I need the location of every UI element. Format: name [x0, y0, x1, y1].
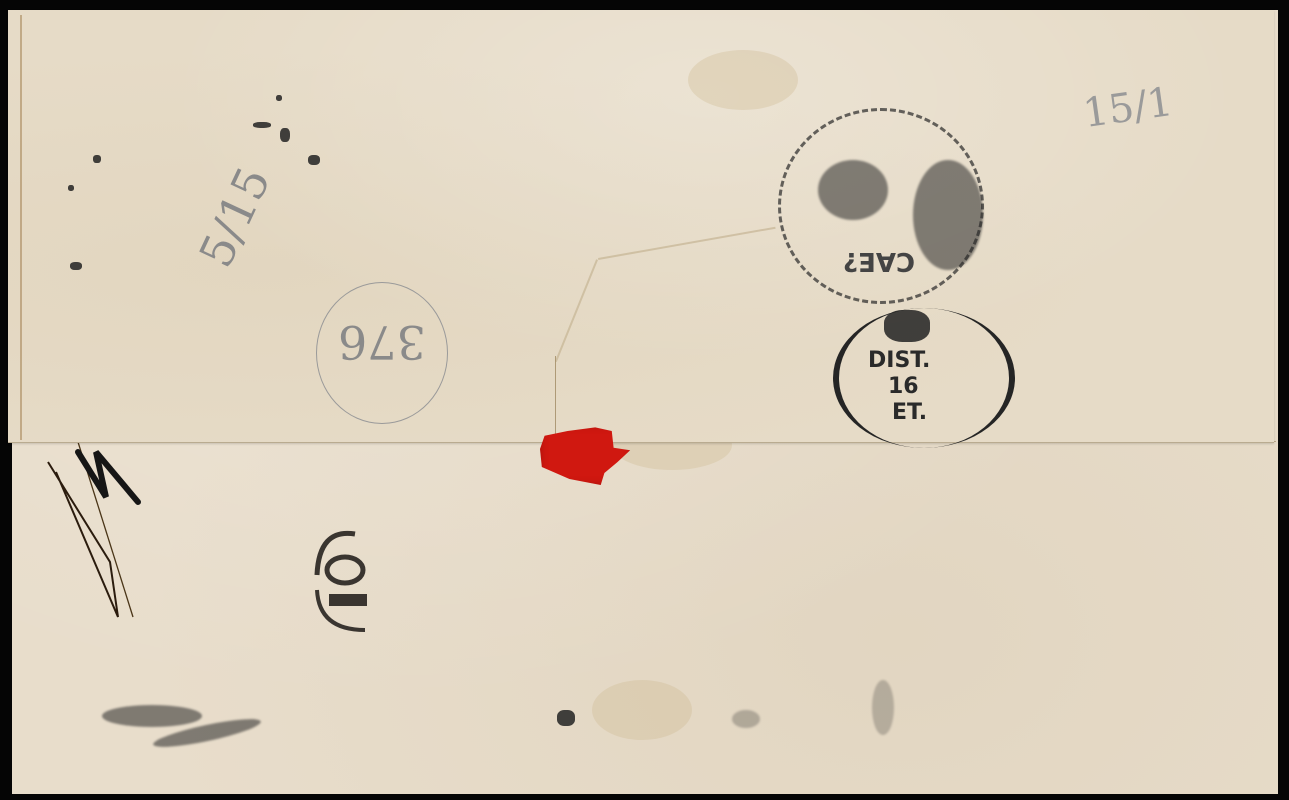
ink-speck — [253, 122, 271, 128]
paper-crack — [555, 356, 556, 441]
faint-handstamp — [872, 680, 894, 735]
pencil-reference-note: 15/1 — [1080, 79, 1175, 137]
pencil-circled-number: 376 — [338, 315, 426, 369]
postmark-text: CAE? — [843, 248, 915, 274]
pencil-fraction-note: 5/15 — [188, 159, 281, 275]
ink-speck — [70, 262, 82, 270]
paper-stain — [688, 50, 798, 110]
paper-stain — [592, 680, 692, 740]
boxed-numeral-handstamp — [307, 520, 377, 640]
ink-smudge — [102, 705, 202, 727]
ink-speck — [308, 155, 320, 165]
ink-speck — [276, 95, 282, 101]
postmark-line-3: ET. — [892, 402, 927, 424]
postmark-ink — [913, 160, 983, 270]
ink-spot — [557, 710, 575, 726]
cover-flap: 5/15 376 15/1 CAE? DIST. 16 ET. — [8, 10, 1274, 443]
postmark-ink — [884, 310, 930, 342]
faint-handstamp — [732, 710, 760, 728]
manuscript-mark — [38, 442, 148, 622]
ink-speck — [93, 155, 101, 163]
postmark-ink — [818, 160, 888, 220]
postmark-line-2: 16 — [888, 376, 919, 398]
paper-crack — [598, 227, 776, 260]
flap-edge — [20, 15, 22, 440]
postmark-line-1: DIST. — [868, 350, 930, 372]
ink-speck — [280, 128, 290, 142]
paper-crack — [555, 259, 598, 362]
ink-speck — [68, 185, 74, 191]
